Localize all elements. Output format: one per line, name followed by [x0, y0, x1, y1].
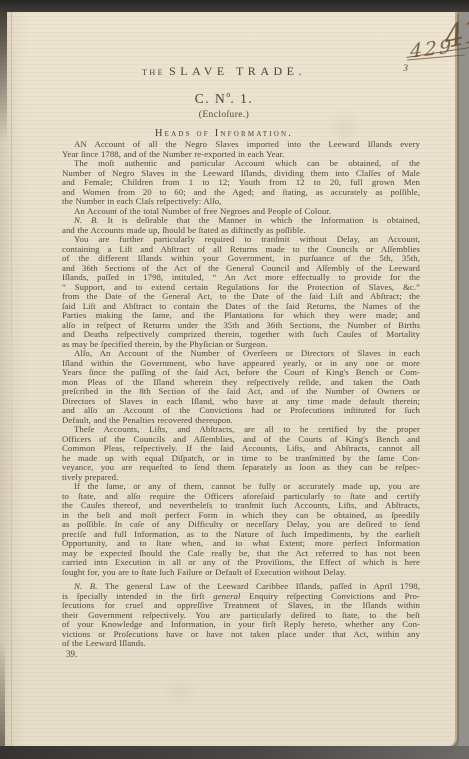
doc-title-main: SLAVE TRADE. [169, 64, 306, 78]
enclosure-note: (Encloſure.) [45, 110, 403, 120]
body-text: AN Account of all the Negro Slaves impor… [62, 140, 420, 659]
doc-title: THESLAVE TRADE. [45, 62, 403, 80]
paragraph: AN Account of all the Negro Slaves impor… [62, 140, 420, 159]
paragraph: If the ſame, or any of them, cannot be f… [62, 482, 420, 577]
doc-ref-prefix: C. N [195, 91, 227, 106]
binding-gutter-shadow-top [0, 12, 7, 142]
doc-title-article: THE [142, 68, 165, 77]
paragraph: Theſe Accounts, Liſts, and Abſtracts, ar… [62, 425, 420, 482]
text-line: ſought for, you are to ſtate ſuch Failur… [62, 568, 420, 578]
printed-page-number: 3 [403, 64, 408, 74]
paragraph: N. B. It is deſirable that the Manner in… [62, 216, 420, 235]
page-content: THESLAVE TRADE. 3 C. No. 1. (Encloſure.)… [62, 0, 420, 759]
text-line: of the Leeward Iſlands. [62, 639, 420, 649]
signature-mark: 39. [62, 650, 420, 660]
doc-ref: C. No. 1. [45, 90, 403, 107]
paragraph: The moſt authentic and particular Accoun… [62, 159, 420, 207]
binding-gutter-shadow-bottom [0, 640, 5, 746]
doc-ref-suffix: . 1. [230, 91, 253, 106]
binding-crease [11, 12, 12, 746]
paragraph: Alſo, An Account of the Number of Overſe… [62, 349, 420, 425]
paragraph: N. B. The general Law of the Leeward Car… [62, 582, 420, 649]
section-heading: Heads of Information. [45, 128, 403, 139]
scanned-document-page: { "page": { "handwritten": { "corrected_… [0, 0, 469, 759]
paragraph: You are further particularly required to… [62, 235, 420, 349]
